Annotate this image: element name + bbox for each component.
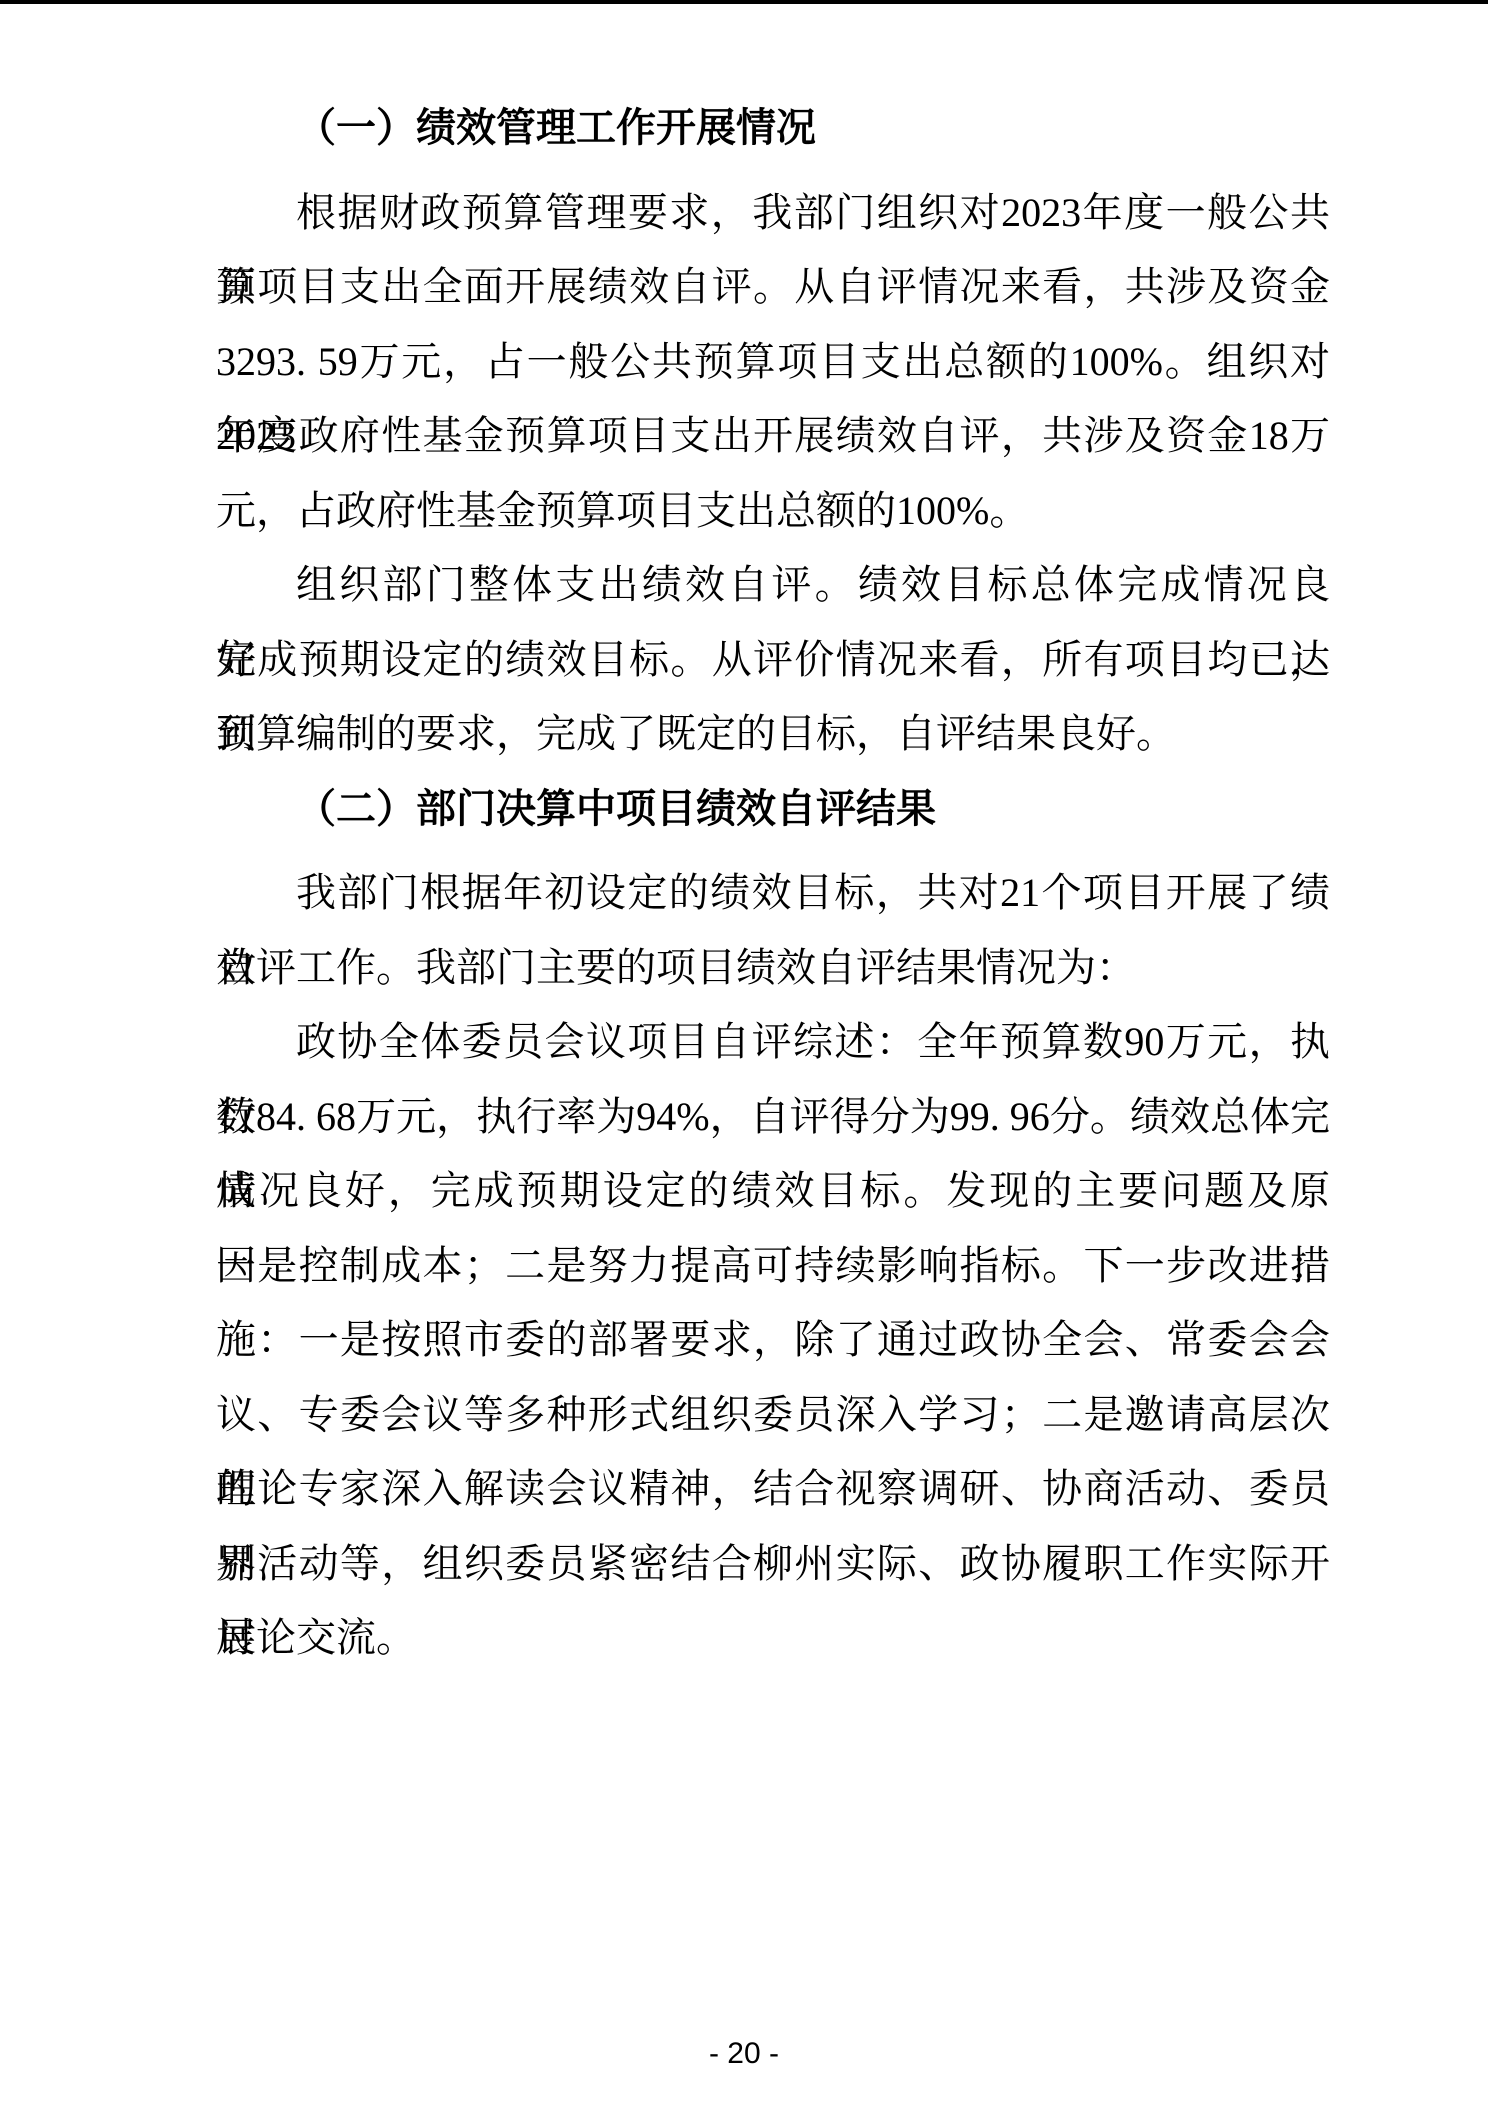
paragraph-line: 政协全体委员会议项目自评综述：全年预算数90万元，执行 <box>216 1005 1330 1080</box>
paragraph-line: 一是控制成本；二是努力提高可持续影响指标。下一步改进措 <box>216 1229 1330 1304</box>
paragraph-line: 算项目支出全面开展绩效自评。从自评情况来看，共涉及资金 <box>216 250 1330 325</box>
paragraph-line: 自评工作。我部门主要的项目绩效自评结果情况为： <box>216 931 1330 1006</box>
section-heading-1: （一）绩效管理工作开展情况 <box>216 91 1330 166</box>
paragraph-line: 完成预期设定的绩效目标。从评价情况来看，所有项目均已达到 <box>216 623 1330 698</box>
top-border-rule <box>0 0 1488 4</box>
paragraph-line: 组织部门整体支出绩效自评。绩效目标总体完成情况良好， <box>216 548 1330 623</box>
section-heading-2: （二）部门决算中项目绩效自评结果 <box>216 772 1330 847</box>
paragraph-line: 根据财政预算管理要求，我部门组织对2023年度一般公共预 <box>216 176 1330 251</box>
paragraph-line: 讨论交流。 <box>216 1601 1330 1676</box>
paragraph-line: 年度政府性基金预算项目支出开展绩效自评，共涉及资金18万 <box>216 399 1330 474</box>
paragraph-line: 3293. 59万元，占一般公共预算项目支出总额的100%。组织对2023 <box>216 325 1330 400</box>
paragraph-line: 我部门根据年初设定的绩效目标，共对21个项目开展了绩效 <box>216 856 1330 931</box>
paragraph-line: 数84. 68万元，执行率为94%，自评得分为99. 96分。绩效总体完成 <box>216 1080 1330 1155</box>
document-page: （一）绩效管理工作开展情况 根据财政预算管理要求，我部门组织对2023年度一般公… <box>0 0 1488 2104</box>
document-body: （一）绩效管理工作开展情况 根据财政预算管理要求，我部门组织对2023年度一般公… <box>216 91 1330 1676</box>
paragraph-line: 理论专家深入解读会议精神，结合视察调研、协商活动、委员界 <box>216 1452 1330 1527</box>
paragraph-line: 元，占政府性基金预算项目支出总额的100%。 <box>216 474 1330 549</box>
page-number: - 20 - <box>0 2036 1488 2072</box>
paragraph-line: 预算编制的要求，完成了既定的目标，自评结果良好。 <box>216 697 1330 772</box>
paragraph-line: 情况良好，完成预期设定的绩效目标。发现的主要问题及原因： <box>216 1154 1330 1229</box>
paragraph-line: 施：一是按照市委的部署要求，除了通过政协全会、常委会会 <box>216 1303 1330 1378</box>
paragraph-line: 议、专委会议等多种形式组织委员深入学习；二是邀请高层次的 <box>216 1378 1330 1453</box>
paragraph-line: 别活动等，组织委员紧密结合柳州实际、政协履职工作实际开展 <box>216 1527 1330 1602</box>
